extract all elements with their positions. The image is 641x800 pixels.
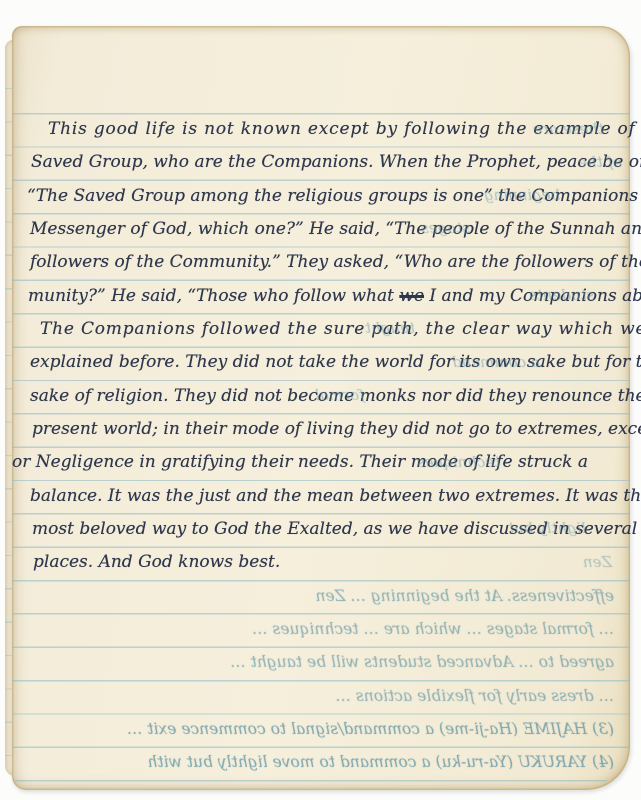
handwritten-line: The Companions followed the sure path, t… — [40, 313, 641, 347]
bleedthrough-fragment: stages — [421, 213, 470, 243]
bleedthrough-line: effectiveness. At the beginning … Zen — [30, 580, 614, 614]
bleedthrough-fragment: formal — [315, 380, 365, 410]
notebook-page: This good life is not known except by fo… — [12, 26, 630, 790]
bleedthrough-fragment: a command — [452, 347, 540, 377]
handwritten-line: present world; in their mode of living t… — [32, 413, 641, 447]
crossed-out-word: we — [399, 286, 424, 306]
bleedthrough-fragment: students — [529, 280, 594, 310]
bleedthrough-fragment: these are — [533, 114, 604, 144]
handwritten-line: Saved Group, who are the Companions. Whe… — [31, 146, 641, 180]
handwritten-text: munity?” He said, “Those who follow what — [28, 286, 399, 306]
handwritten-line: explained before. They did not take the … — [30, 346, 641, 380]
bleedthrough-fragment: taught — [365, 313, 415, 343]
handwritten-line: Messenger of God, which one?” He said, “… — [30, 213, 641, 247]
handwritten-line: balance. It was the just and the mean be… — [30, 480, 641, 514]
handwritten-line: or Negligence in gratifying their needs.… — [12, 446, 588, 480]
handwritten-line: followers of the Community.” They asked,… — [30, 246, 641, 280]
handwritten-line: places. And God knows best. — [33, 546, 280, 580]
scanned-notebook-photo: This good life is not known except by fo… — [0, 0, 641, 800]
bleedthrough-line: … dress early for flexible actions … — [30, 680, 614, 714]
bleedthrough-fragment: techniques — [417, 447, 500, 477]
bleedthrough-line: … formal stages … which are … techniques… — [30, 613, 614, 647]
bleedthrough-fragment: of the — [578, 147, 622, 177]
bleedthrough-fragment: lightly but — [508, 513, 586, 543]
bleedthrough-line: (3) HAJIME (Ha-ji-me) a command/signal t… — [30, 713, 614, 747]
bleedthrough-fragment: beginning — [484, 180, 560, 210]
bleedthrough-fragment: Zen — [583, 547, 612, 577]
bleedthrough-line: agreed to … Advanced students will be ta… — [30, 646, 614, 680]
bleedthrough-line: (4) YARUKU (Ya-ru-ku) a command to move … — [30, 746, 614, 780]
